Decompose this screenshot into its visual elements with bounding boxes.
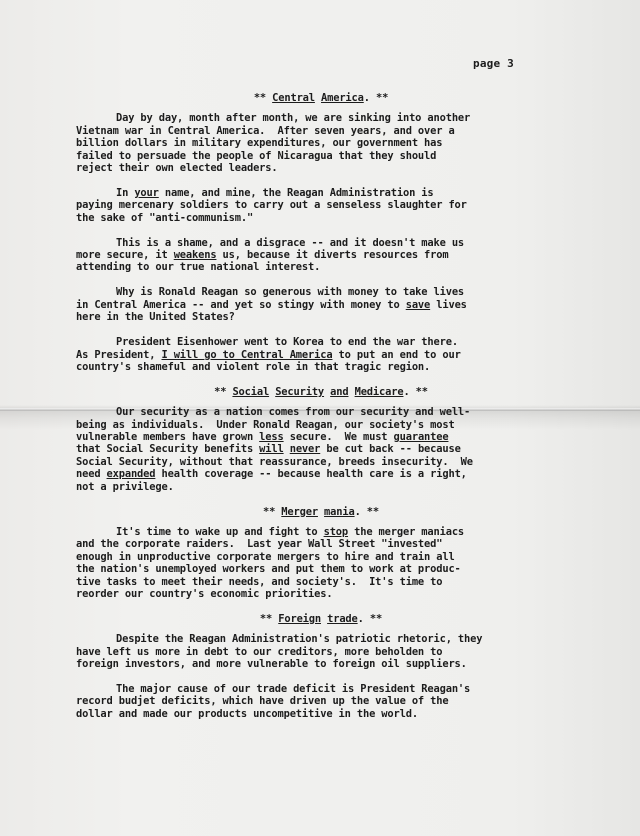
text-line: In your name, and mine, the Reagan Admin… — [76, 187, 566, 199]
paragraph: Despite the Reagan Administration's patr… — [76, 633, 566, 670]
text-line: vulnerable members have grown less secur… — [76, 431, 566, 443]
paragraph: Our security as a nation comes from our … — [76, 406, 566, 493]
text-line: need expanded health coverage -- because… — [76, 468, 566, 480]
text-line: being as individuals. Under Ronald Reaga… — [76, 419, 566, 431]
text-line: It's time to wake up and fight to stop t… — [76, 526, 566, 538]
underlined-text: guarantee — [394, 431, 449, 443]
heading-word: and — [330, 386, 348, 398]
underlined-text: I will go to Central America — [161, 349, 332, 361]
paragraph: President Eisenhower went to Korea to en… — [76, 336, 566, 373]
text-line: foreign investors, and more vulnerable t… — [76, 658, 566, 670]
section-heading: ** Social Security and Medicare. ** — [76, 386, 566, 398]
text-line: more secure, it weakens us, because it d… — [76, 249, 566, 261]
text-line: reorder our country's economic prioritie… — [76, 588, 566, 600]
section-heading: ** Merger mania. ** — [76, 506, 566, 518]
underlined-text: save — [406, 299, 430, 311]
heading-word: Merger — [281, 506, 318, 518]
section-heading: ** Central America. ** — [76, 92, 566, 104]
text-line: Vietnam war in Central America. After se… — [76, 125, 566, 137]
section-heading: ** Foreign trade. ** — [76, 613, 566, 625]
text-line: not a privilege. — [76, 481, 566, 493]
heading-word: trade — [327, 613, 358, 625]
paragraph: In your name, and mine, the Reagan Admin… — [76, 187, 566, 224]
heading-word: Central — [272, 92, 315, 104]
heading-word: America — [321, 92, 364, 104]
text-line: Despite the Reagan Administration's patr… — [76, 633, 566, 645]
paragraph: Day by day, month after month, we are si… — [76, 112, 566, 174]
paragraph: The major cause of our trade deficit is … — [76, 683, 566, 720]
text-line: failed to persuade the people of Nicarag… — [76, 150, 566, 162]
text-line: paying mercenary soldiers to carry out a… — [76, 199, 566, 211]
underlined-text: never — [290, 443, 321, 455]
heading-word: Foreign — [278, 613, 321, 625]
text-line: and the corporate raiders. Last year Wal… — [76, 538, 566, 550]
text-line: Social Security, without that reassuranc… — [76, 456, 566, 468]
text-line: dollar and made our products uncompetiti… — [76, 708, 566, 720]
text-line: The major cause of our trade deficit is … — [76, 683, 566, 695]
text-line: Our security as a nation comes from our … — [76, 406, 566, 418]
text-line: the nation's unemployed workers and put … — [76, 563, 566, 575]
text-line: As President, I will go to Central Ameri… — [76, 349, 566, 361]
text-line: the sake of "anti-communism." — [76, 212, 566, 224]
paragraph: This is a shame, and a disgrace -- and i… — [76, 237, 566, 274]
page-number: page 3 — [473, 57, 514, 70]
text-line: billion dollars in military expenditures… — [76, 137, 566, 149]
text-line: tive tasks to meet their needs, and soci… — [76, 576, 566, 588]
underlined-text: will — [259, 443, 283, 455]
text-line: This is a shame, and a disgrace -- and i… — [76, 237, 566, 249]
paragraph: Why is Ronald Reagan so generous with mo… — [76, 286, 566, 323]
text-line: record budjet deficits, which have drive… — [76, 695, 566, 707]
text-line: in Central America -- and yet so stingy … — [76, 299, 566, 311]
document-page: page 3 ** Central America. **Day by day,… — [0, 0, 640, 836]
paragraph: It's time to wake up and fight to stop t… — [76, 526, 566, 600]
text-line: country's shameful and violent role in t… — [76, 361, 566, 373]
text-line: Day by day, month after month, we are si… — [76, 112, 566, 124]
heading-word: mania — [324, 506, 355, 518]
underlined-text: your — [134, 187, 158, 199]
underlined-text: expanded — [107, 468, 156, 480]
heading-word: Security — [275, 386, 324, 398]
heading-word: Social — [232, 386, 269, 398]
text-line: here in the United States? — [76, 311, 566, 323]
text-line: that Social Security benefits will never… — [76, 443, 566, 455]
text-line: President Eisenhower went to Korea to en… — [76, 336, 566, 348]
document-body: ** Central America. **Day by day, month … — [76, 92, 566, 733]
text-line: enough in unproductive corporate mergers… — [76, 551, 566, 563]
text-line: reject their own elected leaders. — [76, 162, 566, 174]
text-line: have left us more in debt to our credito… — [76, 646, 566, 658]
underlined-text: less — [259, 431, 283, 443]
text-line: Why is Ronald Reagan so generous with mo… — [76, 286, 566, 298]
underlined-text: weakens — [174, 249, 217, 261]
heading-word: Medicare — [355, 386, 404, 398]
underlined-text: stop — [324, 526, 348, 538]
text-line: attending to our true national interest. — [76, 261, 566, 273]
